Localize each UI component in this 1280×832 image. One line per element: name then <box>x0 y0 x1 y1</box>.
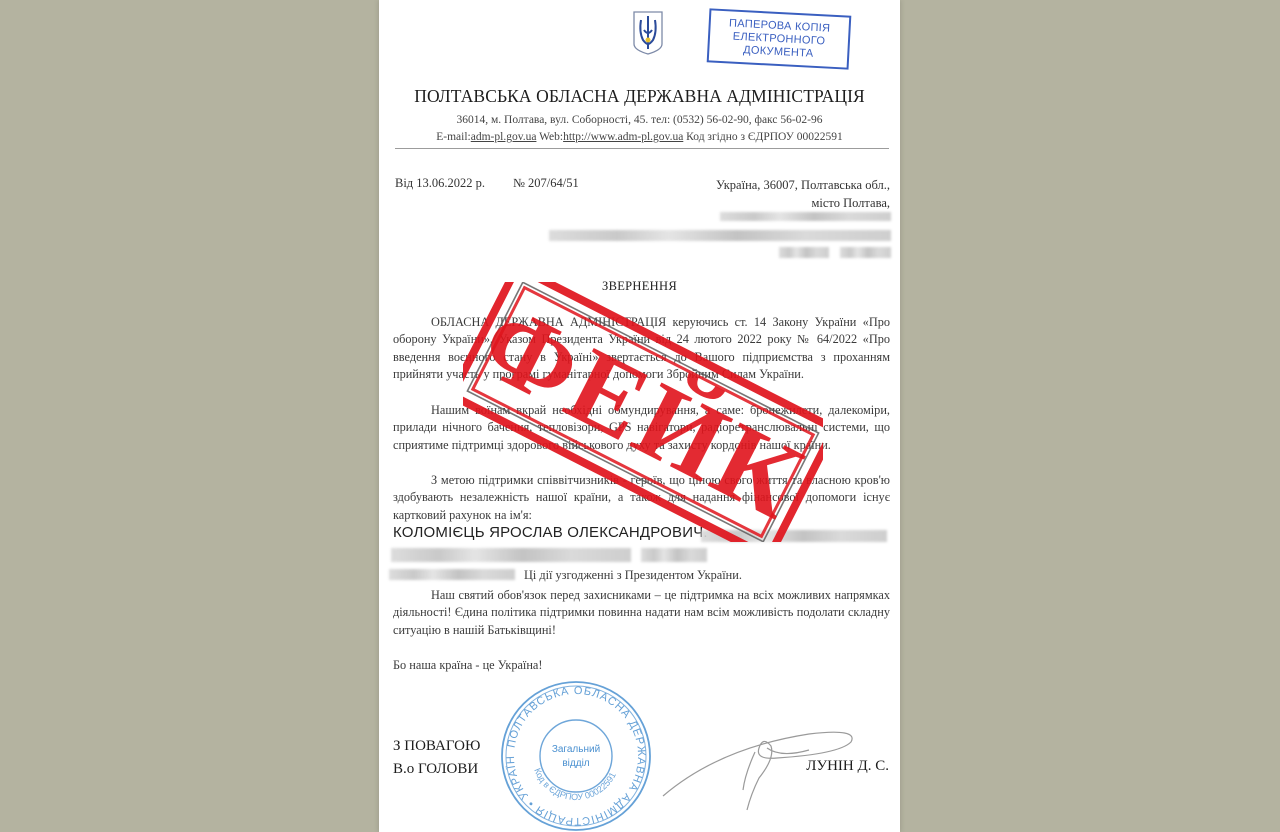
document-heading: ЗВЕРНЕННЯ <box>379 279 900 294</box>
paper-copy-stamp: ПАПЕРОВА КОПІЯ ЕЛЕКТРОННОГО ДОКУМЕНТА <box>707 8 852 69</box>
signer-name: ЛУНІН Д. С. <box>806 758 889 775</box>
paragraph-2: Нашим воїнам вкрай необхідні обмундирува… <box>393 402 890 454</box>
redacted-recipient-1 <box>720 212 891 221</box>
contact-line: E-mail:adm-pl.gov.ua Web:http://www.adm-… <box>379 131 900 143</box>
edrpou-code: Код згідно з ЄДРПОУ 00022591 <box>683 131 842 143</box>
recipient-line-1: Україна, 36007, Полтавська обл., <box>716 176 890 194</box>
header-divider <box>395 148 889 149</box>
redacted-account-3 <box>641 548 707 562</box>
svg-text:Загальний: Загальний <box>552 744 600 755</box>
redacted-recipient-2 <box>549 230 891 241</box>
regards-text: З ПОВАГОЮ <box>393 735 480 758</box>
address-line: 36014, м. Полтава, вул. Соборності, 45. … <box>379 114 900 126</box>
paragraph-3: З метою підтримки співвітчизників - геро… <box>393 472 890 524</box>
web-link[interactable]: http://www.adm-pl.gov.ua <box>563 131 683 143</box>
slogan: Бо наша країна - це Україна! <box>393 657 890 674</box>
redacted-recipient-3 <box>779 247 829 258</box>
email-label: E-mail: <box>436 131 471 143</box>
organization-title: ПОЛТАВСЬКА ОБЛАСНА ДЕРЖАВНА АДМІНІСТРАЦІ… <box>379 86 900 107</box>
redacted-account-2 <box>391 548 631 562</box>
redacted-recipient-4 <box>840 247 891 258</box>
signer-position: В.о ГОЛОВИ <box>393 758 480 781</box>
redacted-account-1 <box>701 530 887 542</box>
signature-block: З ПОВАГОЮ В.о ГОЛОВИ <box>393 735 480 781</box>
account-holder-name: КОЛОМІЄЦЬ ЯРОСЛАВ ОЛЕКСАНДРОВИЧ. <box>393 524 708 541</box>
document-number: № 207/64/51 <box>513 176 579 191</box>
recipient-address: Україна, 36007, Полтавська обл., місто П… <box>716 176 890 212</box>
coat-of-arms-icon <box>632 10 664 56</box>
agreed-line: Ці дії узгодженні з Президентом України. <box>524 567 884 584</box>
svg-text:відділ: відділ <box>562 758 589 769</box>
document-page: ПАПЕРОВА КОПІЯ ЕЛЕКТРОННОГО ДОКУМЕНТА ПО… <box>379 0 900 832</box>
recipient-line-2: місто Полтава, <box>716 194 890 212</box>
web-label: Web: <box>536 131 563 143</box>
email-link[interactable]: adm-pl.gov.ua <box>471 131 537 143</box>
document-date: Від 13.06.2022 р. <box>395 176 485 191</box>
svg-text:Код в ЄДРПОУ 00022591: Код в ЄДРПОУ 00022591 <box>532 767 618 802</box>
official-round-seal: ПОЛТАВСЬКА ОБЛАСНА ДЕРЖАВНА АДМІНІСТРАЦІ… <box>497 680 655 832</box>
paragraph-1: ОБЛАСНА ДЕРЖАВНА АДМІНІСТРАЦІЯ керуючись… <box>393 314 890 384</box>
redacted-account-4 <box>389 569 515 580</box>
closing-paragraph: Наш святий обов'язок перед захисниками –… <box>393 587 890 639</box>
